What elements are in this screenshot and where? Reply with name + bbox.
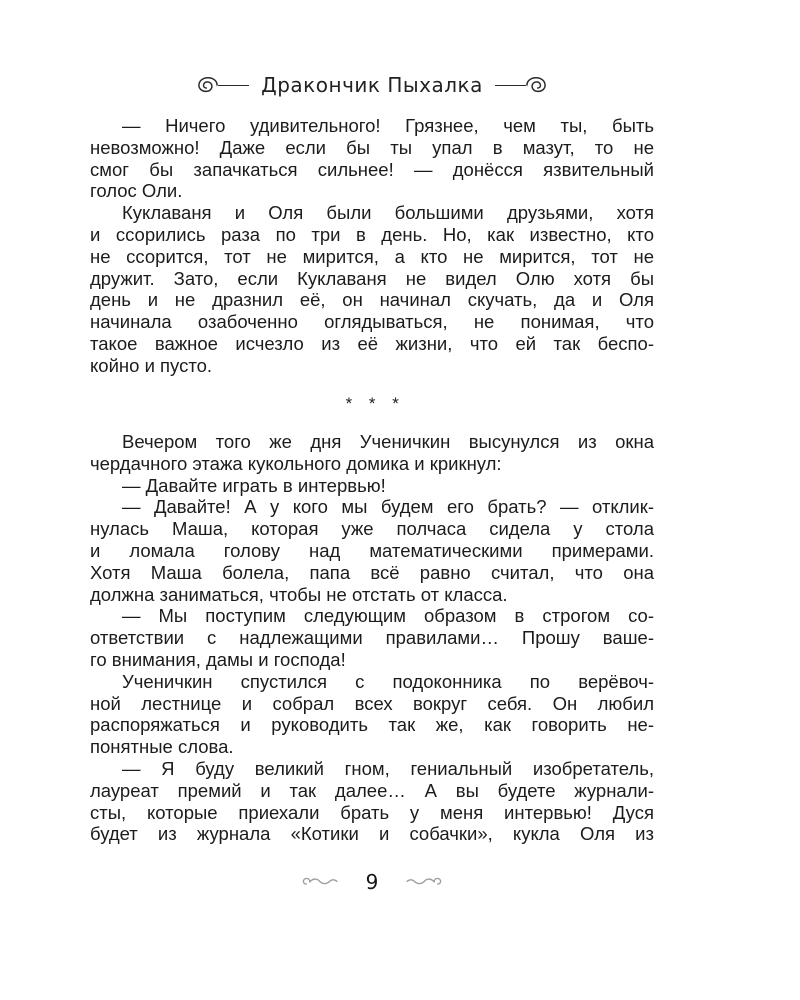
paragraph: — Ничего удивительного! Грязнее, чем ты,… bbox=[90, 115, 654, 202]
text-line: нулась Маша, которая уже полчаса сидела … bbox=[90, 518, 654, 540]
paragraph: — Давайте играть в интервью! bbox=[90, 475, 654, 497]
book-title: Дракончик Пыхалка bbox=[261, 73, 483, 97]
text-line: понятные слова. bbox=[90, 736, 654, 758]
page-number: 9 bbox=[366, 870, 379, 894]
text-line: Куклаваня и Оля были большими друзьями, … bbox=[90, 202, 654, 224]
text-line: сты, которые приехали брать у меня интер… bbox=[90, 802, 654, 824]
header-rule-left bbox=[218, 85, 249, 86]
paragraph: — Я буду великий гном, гениальный изобре… bbox=[90, 758, 654, 845]
text-line: — Я буду великий гном, гениальный изобре… bbox=[90, 758, 654, 780]
text-line: будет из журнала «Котики и собачки», кук… bbox=[90, 823, 654, 845]
text-line: ответствии с надлежащими правилами… Прош… bbox=[90, 627, 654, 649]
chapter-header: Дракончик Пыхалка bbox=[90, 73, 654, 97]
text-line: голос Оли. bbox=[90, 180, 654, 202]
text-line: ной лестнице и собрал всех вокруг себя. … bbox=[90, 693, 654, 715]
paragraph: Куклаваня и Оля были большими друзьями, … bbox=[90, 202, 654, 376]
wave-flourish-icon bbox=[404, 875, 444, 889]
text-line: дружит. Зато, если Куклаваня не видел Ол… bbox=[90, 268, 654, 290]
wave-flourish-icon bbox=[300, 875, 340, 889]
text-line: Вечером того же дня Ученичкин высунулся … bbox=[90, 431, 654, 453]
text-line: Хотя Маша болела, папа всё равно считал,… bbox=[90, 562, 654, 584]
text-line: должна заниматься, чтобы не отстать от к… bbox=[90, 584, 654, 606]
text-line: начинала озабоченно оглядываться, не пон… bbox=[90, 311, 654, 333]
text-line: — Ничего удивительного! Грязнее, чем ты,… bbox=[90, 115, 654, 137]
book-page: Дракончик Пыхалка — Ничего удивительного… bbox=[0, 0, 800, 1000]
paragraph: — Мы поступим следующим образом в строго… bbox=[90, 605, 654, 670]
text-line: смог бы запачкаться сильнее! — донёсся я… bbox=[90, 159, 654, 181]
spiral-ornament-icon bbox=[196, 76, 218, 94]
text-line: лауреат премий и так далее… А вы будете … bbox=[90, 780, 654, 802]
text-line: невозможно! Даже если бы ты упал в мазут… bbox=[90, 137, 654, 159]
paragraph: Вечером того же дня Ученичкин высунулся … bbox=[90, 431, 654, 475]
section-separator: * * * bbox=[90, 393, 654, 415]
text-line: койно и пусто. bbox=[90, 355, 654, 377]
text-line: не ссорится, тот не мирится, а кто не ми… bbox=[90, 246, 654, 268]
text-line: и ломала голову над математическими прим… bbox=[90, 540, 654, 562]
text-line: — Давайте играть в интервью! bbox=[90, 475, 654, 497]
page-footer: 9 bbox=[90, 870, 654, 894]
text-line: го внимания, дамы и господа! bbox=[90, 649, 654, 671]
text-line: такое важное исчезло из её жизни, что ей… bbox=[90, 333, 654, 355]
text-line: распоряжаться и руководить так же, как г… bbox=[90, 714, 654, 736]
spiral-ornament-icon bbox=[526, 76, 548, 94]
paragraph: — Давайте! А у кого мы будем его брать? … bbox=[90, 496, 654, 605]
text-block: — Ничего удивительного! Грязнее, чем ты,… bbox=[90, 115, 654, 845]
text-line: и ссорились раза по три в день. Но, как … bbox=[90, 224, 654, 246]
text-line: чердачного этажа кукольного домика и кри… bbox=[90, 453, 654, 475]
text-line: день и не дразнил её, он начинал скучать… bbox=[90, 289, 654, 311]
text-line: — Давайте! А у кого мы будем его брать? … bbox=[90, 496, 654, 518]
header-rule-right bbox=[495, 85, 526, 86]
text-line: — Мы поступим следующим образом в строго… bbox=[90, 605, 654, 627]
text-line: Ученичкин спустился с подоконника по вер… bbox=[90, 671, 654, 693]
paragraph: Ученичкин спустился с подоконника по вер… bbox=[90, 671, 654, 758]
